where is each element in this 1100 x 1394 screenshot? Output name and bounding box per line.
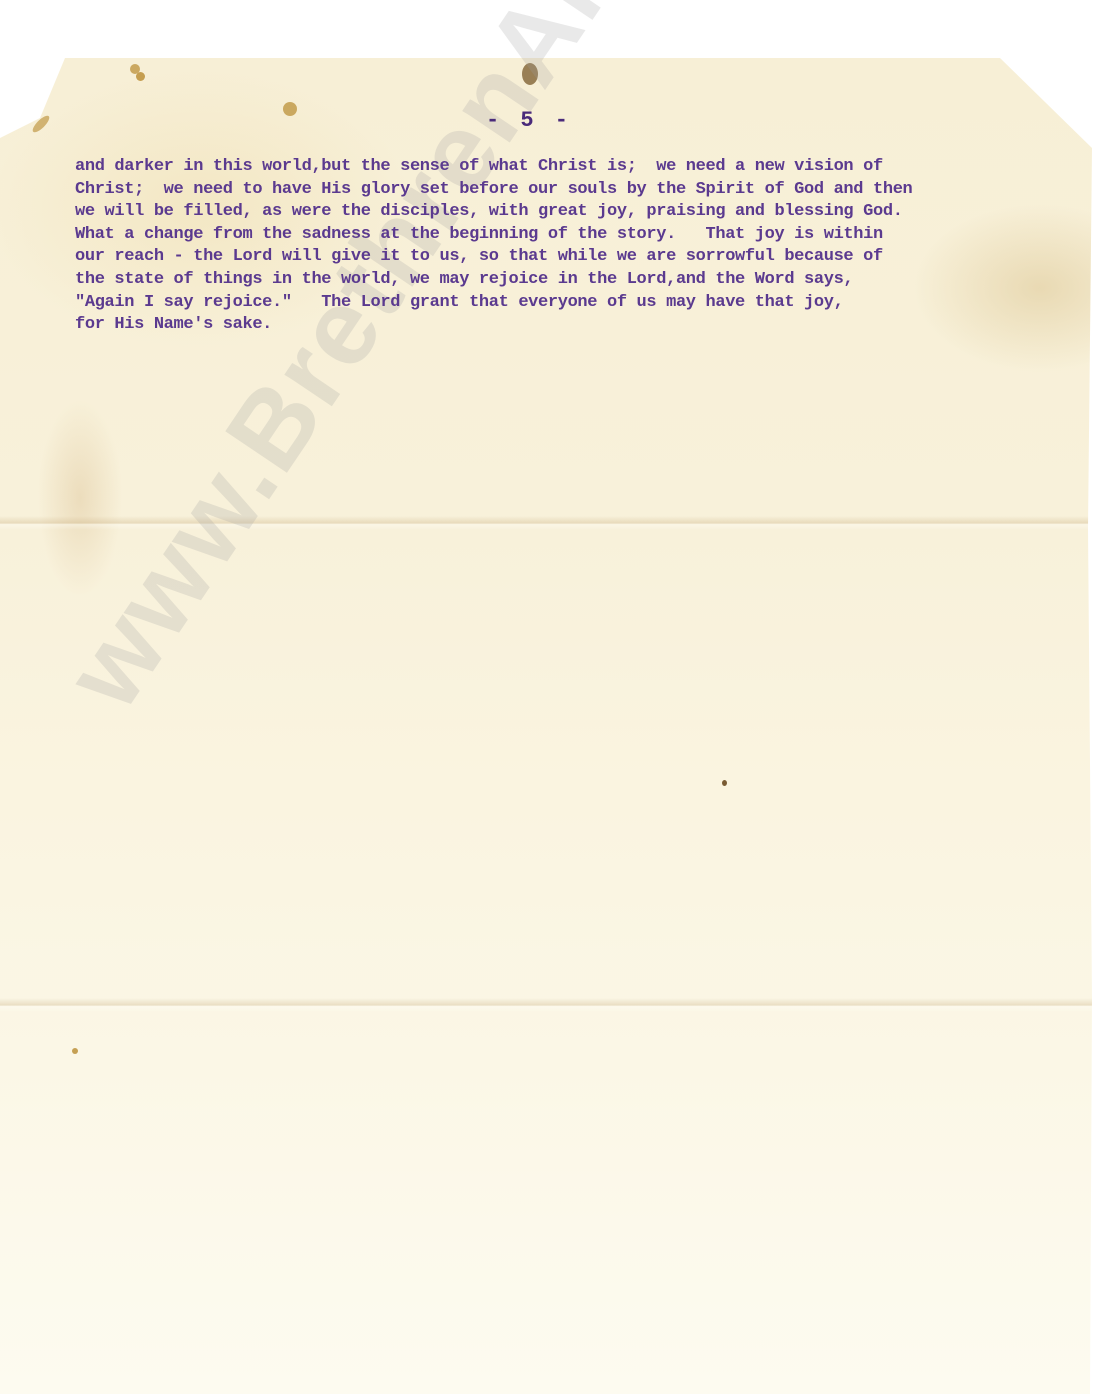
fold-crease — [0, 516, 1092, 530]
text-line: What a change from the sadness at the be… — [75, 224, 1065, 247]
typewritten-body: and darker in this world,but the sense o… — [75, 156, 1065, 337]
stain-spot — [30, 113, 51, 134]
stain-spot — [136, 72, 145, 81]
stain-spot — [722, 780, 727, 786]
fold-crease — [0, 998, 1092, 1012]
text-line: we will be filled, as were the disciples… — [75, 201, 1065, 224]
page-number: - 5 - — [486, 108, 572, 133]
stain-spot — [72, 1048, 78, 1054]
text-line: the state of things in the world, we may… — [75, 269, 1065, 292]
text-line: our reach - the Lord will give it to us,… — [75, 246, 1065, 269]
text-line: and darker in this world,but the sense o… — [75, 156, 1065, 179]
text-line: Christ; we need to have His glory set be… — [75, 179, 1065, 202]
stain-spot — [522, 63, 538, 85]
stain-spot — [283, 102, 297, 116]
text-line: "Again I say rejoice." The Lord grant th… — [75, 292, 1065, 315]
text-line: for His Name's sake. — [75, 314, 1065, 337]
